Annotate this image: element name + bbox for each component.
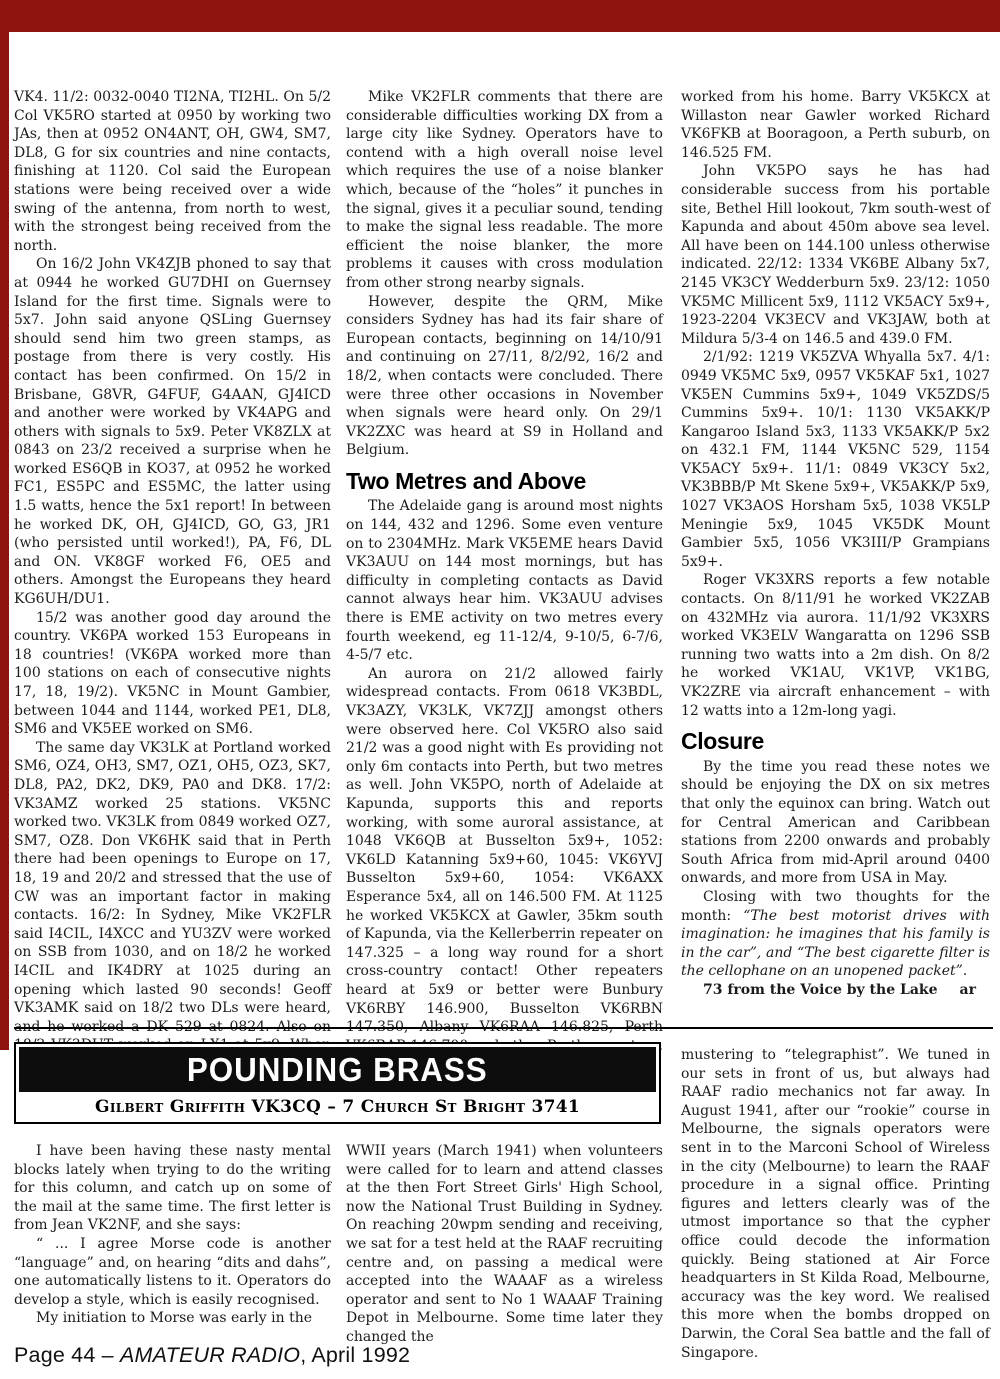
signoff-initials: ar xyxy=(938,981,976,1000)
paragraph: VK4. 11/2: 0032-0040 TI2NA, TI2HL. On 5/… xyxy=(14,88,331,255)
pounding-brass-column-middle: WWII years (March 1941) when volunteers … xyxy=(346,1142,663,1347)
paragraph: mustering to “telegraphist”. We tuned in… xyxy=(681,1046,990,1362)
paragraph: I have been having these nasty mental bl… xyxy=(14,1142,331,1235)
dx-column-middle: Mike VK2FLR comments that there are cons… xyxy=(346,88,663,1074)
paragraph: 15/2 was another good day around the cou… xyxy=(14,609,331,739)
paragraph: 2/1/92: 1219 VK5ZVA Whyalla 5x7. 4/1: 09… xyxy=(681,348,990,571)
footer-issue: , April 1992 xyxy=(300,1343,410,1367)
paragraph: “ ... I agree Morse code is another “lan… xyxy=(14,1235,331,1309)
dx-column-right: worked from his home. Barry VK5KCX at Wi… xyxy=(681,88,990,1000)
paragraph: Mike VK2FLR comments that there are cons… xyxy=(346,88,663,293)
paragraph: By the time you read these notes we shou… xyxy=(681,758,990,888)
footer-magazine-title: AMATEUR RADIO xyxy=(120,1343,300,1367)
paragraph: The same day VK3LK at Portland worked SM… xyxy=(14,739,331,1074)
signoff-text: 73 from the Voice by the Lake xyxy=(703,982,938,998)
paragraph: worked from his home. Barry VK5KCX at Wi… xyxy=(681,88,990,162)
pounding-brass-box: POUNDING BRASS Gilbert Griffith VK3CQ – … xyxy=(14,1042,661,1124)
paragraph: However, despite the QRM, Mike considers… xyxy=(346,293,663,460)
section-heading-two-metres: Two Metres and Above xyxy=(346,472,663,491)
horizontal-rule xyxy=(14,1027,993,1029)
dx-column-left: VK4. 11/2: 0032-0040 TI2NA, TI2HL. On 5/… xyxy=(14,88,331,1073)
paragraph: My initiation to Morse was early in the xyxy=(14,1309,331,1328)
signoff-line: ar73 from the Voice by the Lake xyxy=(681,981,990,1000)
page-footer: Page 44 – AMATEUR RADIO, April 1992 xyxy=(14,1343,410,1368)
pounding-brass-byline: Gilbert Griffith VK3CQ – 7 Church St Bri… xyxy=(95,1097,580,1117)
paragraph: On 16/2 John VK4ZJB phoned to say that a… xyxy=(14,255,331,608)
page-edge-band-top xyxy=(0,0,1000,32)
pounding-brass-column-left: I have been having these nasty mental bl… xyxy=(14,1142,331,1328)
pounding-brass-title-bar: POUNDING BRASS xyxy=(19,1047,656,1092)
paragraph: WWII years (March 1941) when volunteers … xyxy=(346,1142,663,1347)
pounding-brass-title: POUNDING BRASS xyxy=(187,1051,488,1089)
paragraph: John VK5PO says he has had considerable … xyxy=(681,162,990,348)
page-edge-band-left xyxy=(0,32,9,1050)
section-heading-closure: Closure xyxy=(681,732,990,751)
paragraph: Roger VK3XRS reports a few notable conta… xyxy=(681,571,990,720)
paragraph: An aurora on 21/2 allowed fairly widespr… xyxy=(346,665,663,1074)
pounding-brass-column-right: mustering to “telegraphist”. We tuned in… xyxy=(681,1046,990,1362)
magazine-page: { "colors": { "accent_red": "#8e130c", "… xyxy=(0,0,1000,1379)
closing-thoughts-paragraph: Closing with two thoughts for the month:… xyxy=(681,888,990,981)
paragraph: The Adelaide gang is around most nights … xyxy=(346,497,663,664)
footer-page-number: Page 44 – xyxy=(14,1343,120,1367)
pounding-brass-byline-area: Gilbert Griffith VK3CQ – 7 Church St Bri… xyxy=(16,1092,659,1122)
